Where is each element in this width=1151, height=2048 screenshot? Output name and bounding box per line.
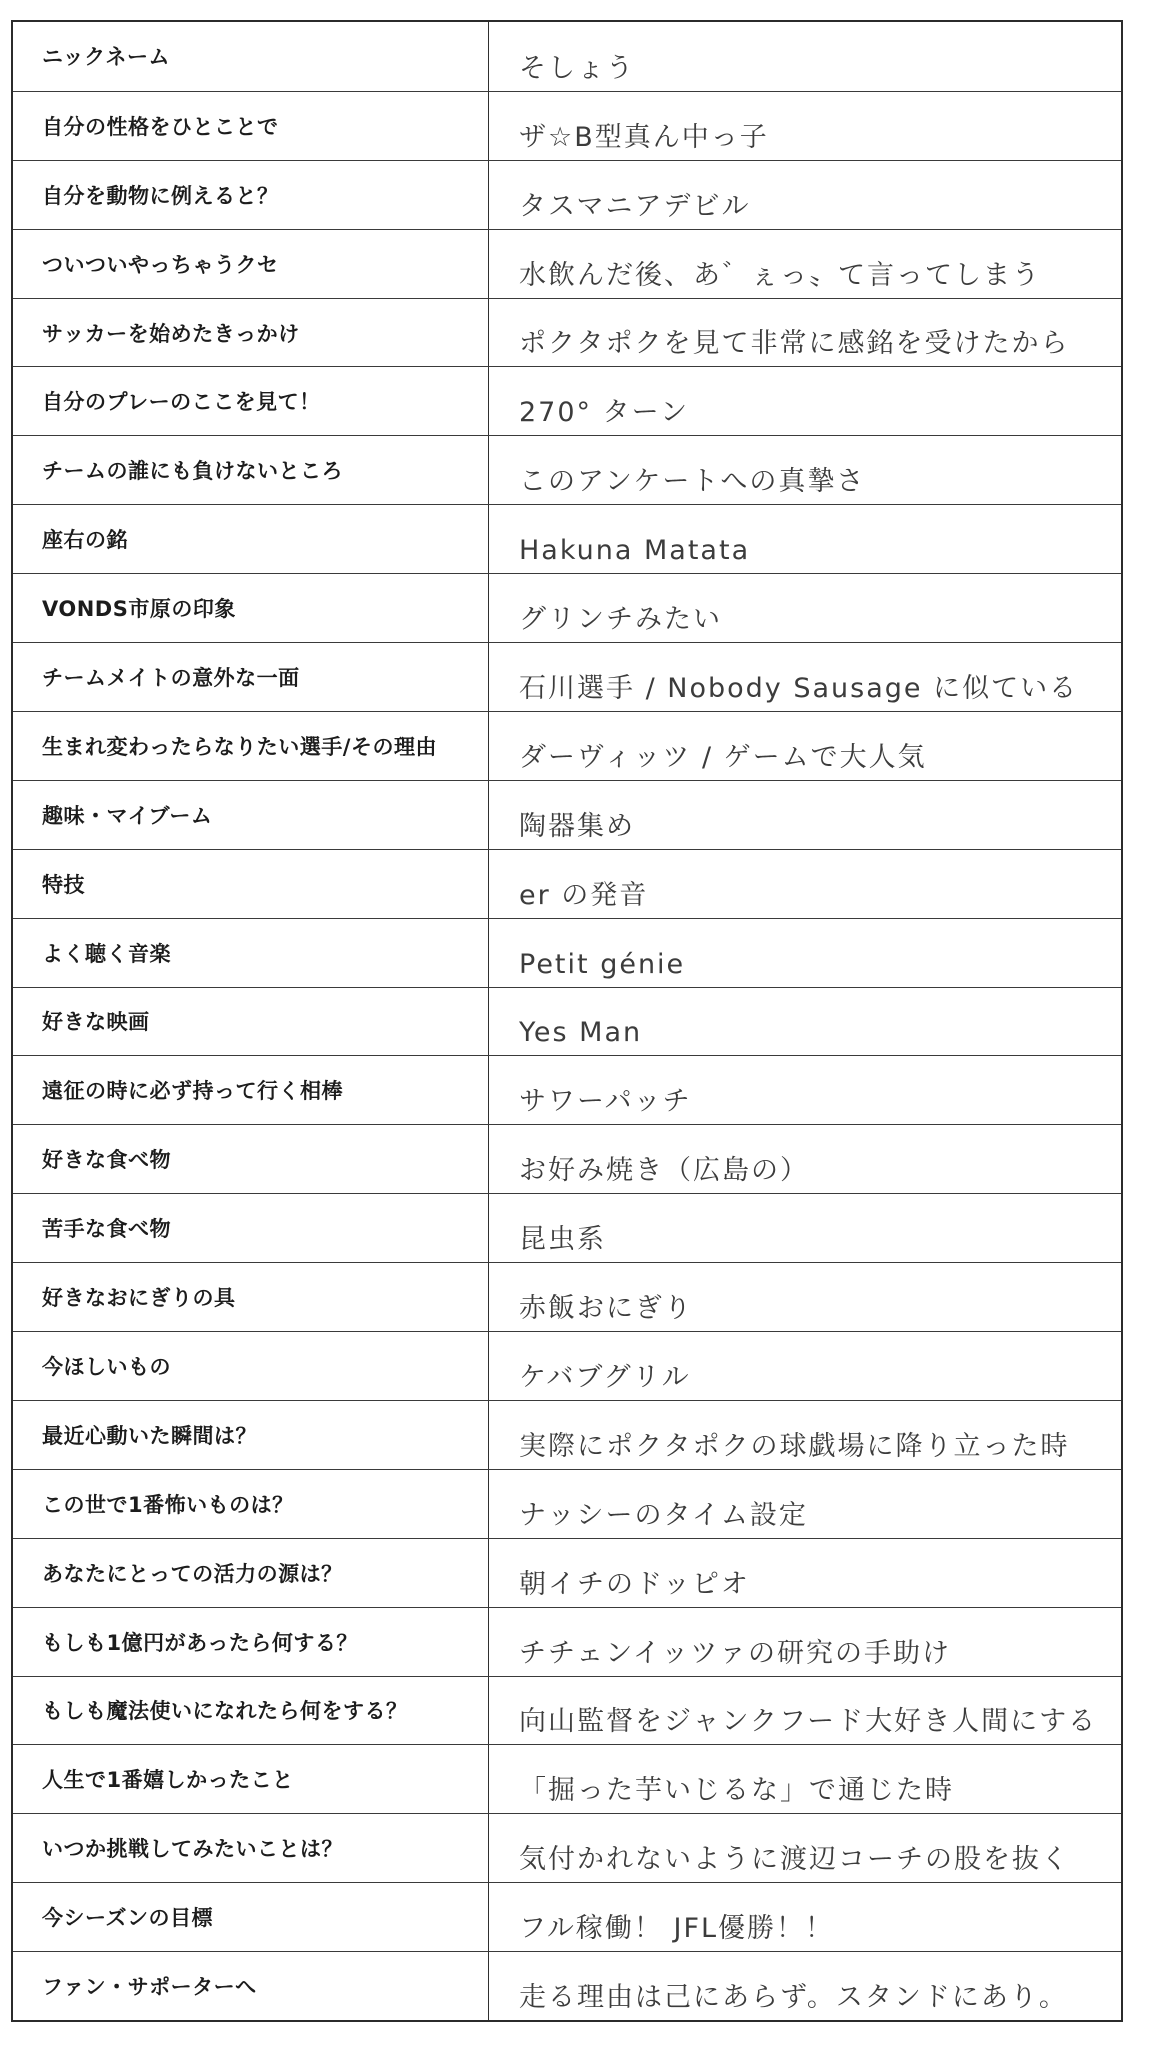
handwritten-answer: Petit génie	[489, 919, 1121, 987]
table-row: 自分の性格をひとことで ザ☆B型真ん中っ子	[13, 91, 1121, 160]
question-label: 自分のプレーのここを見て！	[13, 367, 489, 435]
table-row: よく聴く音楽 Petit génie	[13, 918, 1121, 987]
handwritten-answer: このアンケートへの真摯さ	[489, 436, 1121, 504]
table-row: ファン・サポーターへ 走る理由は己にあらず。スタンドにあり。	[13, 1951, 1121, 2020]
question-label: 遠征の時に必ず持って行く相棒	[13, 1056, 489, 1124]
table-row: ニックネーム そしょう	[13, 22, 1121, 91]
handwritten-answer: 朝イチのドッピオ	[489, 1539, 1121, 1607]
question-label: この世で1番怖いものは？	[13, 1470, 489, 1538]
handwritten-answer: 陶器集め	[489, 781, 1121, 849]
handwritten-answer: タスマニアデビル	[489, 161, 1121, 229]
handwritten-answer: サワーパッチ	[489, 1056, 1121, 1124]
question-label: 座右の銘	[13, 505, 489, 573]
question-label: 好きな映画	[13, 988, 489, 1056]
handwritten-answer: フル稼働！ JFL優勝！！	[489, 1883, 1121, 1951]
handwritten-answer: Yes Man	[489, 988, 1121, 1056]
table-row: 自分のプレーのここを見て！ 270° ターン	[13, 366, 1121, 435]
table-row: 今シーズンの目標 フル稼働！ JFL優勝！！	[13, 1882, 1121, 1951]
handwritten-answer: Hakuna Matata	[489, 505, 1121, 573]
question-label: 今ほしいもの	[13, 1332, 489, 1400]
question-label: 自分を動物に例えると？	[13, 161, 489, 229]
table-row: 趣味・マイブーム 陶器集め	[13, 780, 1121, 849]
handwritten-answer: ザ☆B型真ん中っ子	[489, 92, 1121, 160]
handwritten-answer: 実際にポクタポクの球戯場に降り立った時	[489, 1401, 1121, 1469]
handwritten-answer: グリンチみたい	[489, 574, 1121, 642]
handwritten-answer: 270° ターン	[489, 367, 1121, 435]
table-row: 苦手な食べ物 昆虫系	[13, 1193, 1121, 1262]
handwritten-answer: 石川選手 / Nobody Sausage に似ている	[489, 643, 1121, 711]
profile-questionnaire-table: ニックネーム そしょう 自分の性格をひとことで ザ☆B型真ん中っ子 自分を動物に…	[11, 20, 1123, 2022]
question-label: ファン・サポーターへ	[13, 1952, 489, 2020]
handwritten-answer: 水飲んだ後、あ゛ぇっ〟て言ってしまう	[489, 230, 1121, 298]
question-label: チームメイトの意外な一面	[13, 643, 489, 711]
handwritten-answer: ポクタポクを見て非常に感銘を受けたから	[489, 299, 1121, 367]
question-label: 生まれ変わったらなりたい選手/その理由	[13, 712, 489, 780]
table-row: 座右の銘 Hakuna Matata	[13, 504, 1121, 573]
question-label: 特技	[13, 850, 489, 918]
table-row: 最近心動いた瞬間は？ 実際にポクタポクの球戯場に降り立った時	[13, 1400, 1121, 1469]
table-row: あなたにとっての活力の源は？ 朝イチのドッピオ	[13, 1538, 1121, 1607]
question-label: 趣味・マイブーム	[13, 781, 489, 849]
question-label: 今シーズンの目標	[13, 1883, 489, 1951]
table-row: 自分を動物に例えると？ タスマニアデビル	[13, 160, 1121, 229]
question-label: VONDS市原の印象	[13, 574, 489, 642]
question-label: 最近心動いた瞬間は？	[13, 1401, 489, 1469]
question-label: ついついやっちゃうクセ	[13, 230, 489, 298]
table-row: 好きな映画 Yes Man	[13, 987, 1121, 1056]
table-row: 好きな食べ物 お好み焼き（広島の）	[13, 1124, 1121, 1193]
table-row: もしも魔法使いになれたら何をする？ 向山監督をジャンクフード大好き人間にする	[13, 1676, 1121, 1745]
table-row: 好きなおにぎりの具 赤飯おにぎり	[13, 1262, 1121, 1331]
question-label: もしも1億円があったら何する？	[13, 1608, 489, 1676]
table-row: チームの誰にも負けないところ このアンケートへの真摯さ	[13, 435, 1121, 504]
table-row: VONDS市原の印象 グリンチみたい	[13, 573, 1121, 642]
table-row: ついついやっちゃうクセ 水飲んだ後、あ゛ぇっ〟て言ってしまう	[13, 229, 1121, 298]
question-label: よく聴く音楽	[13, 919, 489, 987]
handwritten-answer: 昆虫系	[489, 1194, 1121, 1262]
table-row: いつか挑戦してみたいことは？ 気付かれないように渡辺コーチの股を抜く	[13, 1813, 1121, 1882]
table-row: チームメイトの意外な一面 石川選手 / Nobody Sausage に似ている	[13, 642, 1121, 711]
handwritten-answer: 気付かれないように渡辺コーチの股を抜く	[489, 1814, 1121, 1882]
table-row: この世で1番怖いものは？ ナッシーのタイム設定	[13, 1469, 1121, 1538]
table-row: 遠征の時に必ず持って行く相棒 サワーパッチ	[13, 1055, 1121, 1124]
handwritten-answer: 向山監督をジャンクフード大好き人間にする	[489, 1677, 1121, 1745]
table-row: サッカーを始めたきっかけ ポクタポクを見て非常に感銘を受けたから	[13, 298, 1121, 367]
handwritten-answer: ダーヴィッツ / ゲームで大人気	[489, 712, 1121, 780]
question-label: あなたにとっての活力の源は？	[13, 1539, 489, 1607]
question-label: ニックネーム	[13, 22, 489, 91]
question-label: 人生で1番嬉しかったこと	[13, 1745, 489, 1813]
handwritten-answer: 赤飯おにぎり	[489, 1263, 1121, 1331]
question-label: 好きなおにぎりの具	[13, 1263, 489, 1331]
table-row: 特技 er の発音	[13, 849, 1121, 918]
table-row: 人生で1番嬉しかったこと 「掘った芋いじるな」で通じた時	[13, 1744, 1121, 1813]
question-label: 苦手な食べ物	[13, 1194, 489, 1262]
handwritten-answer: チチェンイッツァの研究の手助け	[489, 1608, 1121, 1676]
question-label: いつか挑戦してみたいことは？	[13, 1814, 489, 1882]
handwritten-answer: er の発音	[489, 850, 1121, 918]
handwritten-answer: ケバブグリル	[489, 1332, 1121, 1400]
handwritten-answer: そしょう	[489, 22, 1121, 91]
question-label: チームの誰にも負けないところ	[13, 436, 489, 504]
table-row: 今ほしいもの ケバブグリル	[13, 1331, 1121, 1400]
table-row: もしも1億円があったら何する？ チチェンイッツァの研究の手助け	[13, 1607, 1121, 1676]
handwritten-answer: 走る理由は己にあらず。スタンドにあり。	[489, 1952, 1121, 2020]
handwritten-answer: ナッシーのタイム設定	[489, 1470, 1121, 1538]
handwritten-answer: お好み焼き（広島の）	[489, 1125, 1121, 1193]
question-label: サッカーを始めたきっかけ	[13, 299, 489, 367]
question-label: 自分の性格をひとことで	[13, 92, 489, 160]
handwritten-answer: 「掘った芋いじるな」で通じた時	[489, 1745, 1121, 1813]
question-label: 好きな食べ物	[13, 1125, 489, 1193]
question-label: もしも魔法使いになれたら何をする？	[13, 1677, 489, 1745]
table-row: 生まれ変わったらなりたい選手/その理由 ダーヴィッツ / ゲームで大人気	[13, 711, 1121, 780]
